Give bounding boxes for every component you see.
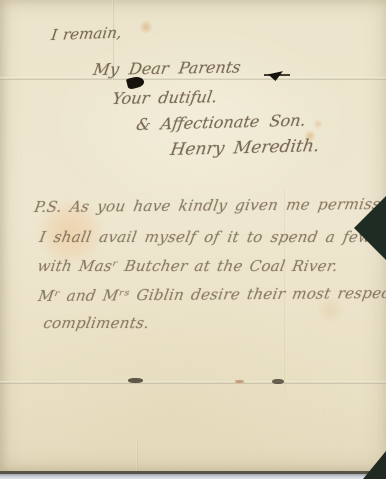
fold-crease-vertical-bottom xyxy=(136,438,138,471)
closing-line-your-dutiful: Your dutiful. xyxy=(111,87,219,108)
ps-line-4: Mʳ and Mʳˢ Giblin desire their most resp… xyxy=(37,284,386,305)
signature-henry-meredith: Henry Meredith. xyxy=(169,136,321,160)
background-mat-strip xyxy=(0,474,386,479)
closing-line-salutation: My Dear Parents xyxy=(92,57,242,79)
crease-speck-2 xyxy=(235,380,244,383)
ps-line-1: P.S. As you have kindly given me permiss… xyxy=(33,195,386,216)
crease-speck-3 xyxy=(272,379,284,384)
crease-speck-1 xyxy=(128,378,143,383)
letter-photo: I remain, My Dear Parents Your dutiful. … xyxy=(0,0,386,479)
ps-line-3: with Masʳ Butcher at the Coal River. xyxy=(36,257,339,275)
ps-line-5: compliments. xyxy=(42,314,151,332)
fold-crease-bottom xyxy=(0,381,386,384)
closing-line-i-remain: I remain, xyxy=(50,24,123,44)
fold-crease-top xyxy=(0,77,386,80)
ps-line-2: I shall avail myself of it to spend a fe… xyxy=(38,228,386,246)
